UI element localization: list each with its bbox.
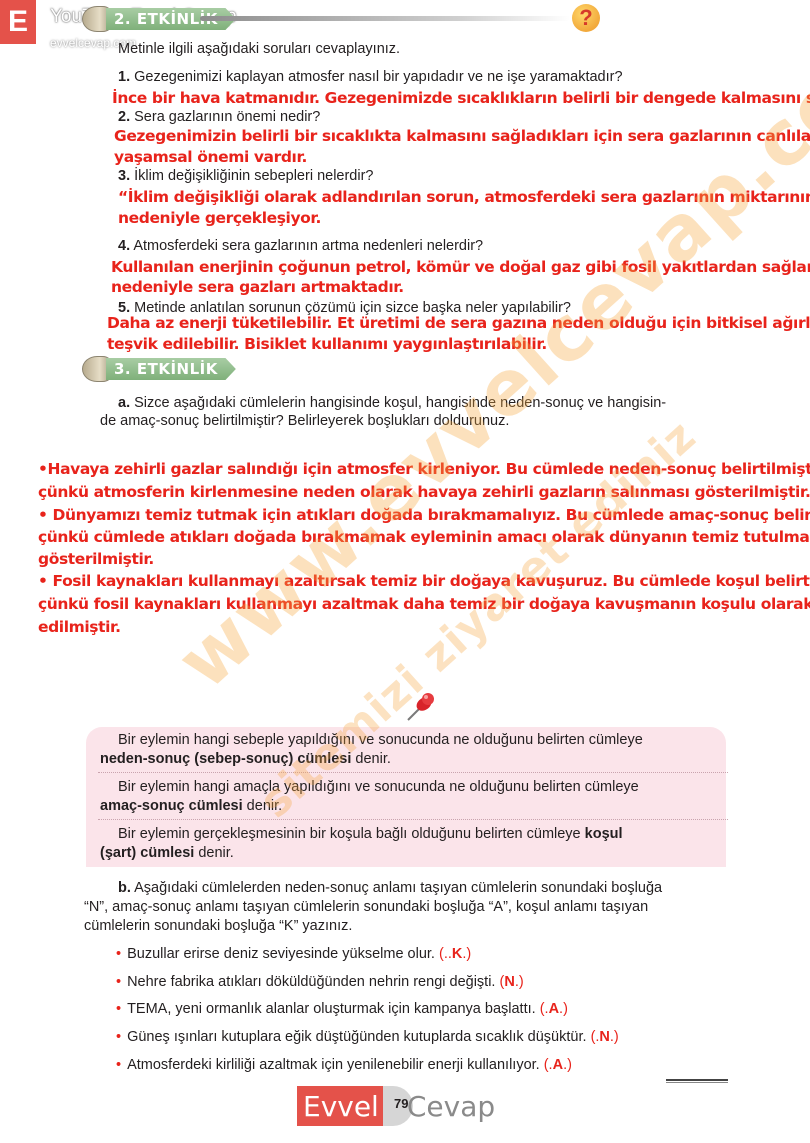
answer-2-line2: yaşamsal önemi vardır. [114,147,307,167]
part-a-answer-line2: çünkü atmosferin kirlenmesine neden olar… [38,481,810,503]
info-neden-sonuc-line1: Bir eylemin hangi sebeple yapıldığını ve… [118,731,712,750]
info-amac-sonuc-line2: amaç-sonuç cümlesi denir. [100,797,282,816]
part-a-answer-line5: gösterilmiştir. [38,548,154,570]
pushpin-icon [400,690,440,726]
answer-3-line2: nedeniyle gerçekleşiyor. [118,208,321,228]
answer-5-line1: Daha az enerji tüketilebilir. Et üretimi… [107,313,810,333]
logo-right-text: Cevap [407,1090,495,1123]
info-kosul-line2: (şart) cümlesi denir. [100,844,234,863]
activity3-label: 3. ETKİNLİK [106,358,236,380]
answer-2-line1: Gezegenimizin belirli bir sıcaklıkta kal… [114,126,810,146]
answer-4-line1: Kullanılan enerjinin çoğunun petrol, köm… [111,257,810,277]
info-amac-sonuc-line1: Bir eylemin hangi amaçla yapıldığını ve … [118,778,712,797]
info-divider [98,772,728,773]
part-b-line3: cümlelerin sonundaki boşluğa “K” yazınız… [84,917,352,935]
logo-left-text: Evvel [297,1086,385,1126]
answer-blank[interactable]: N [599,1029,609,1045]
part-a-answer-line6: • Fosil kaynakları kullanmayı azaltırsak… [38,570,810,592]
question-4: 4. Atmosferdeki sera gazlarının artma ne… [118,237,483,255]
answer-5-line2: teşvik edilebilir. Bisiklet kullanımı ya… [107,334,547,354]
question-1: 1. Gezegenimizi kaplayan atmosfer nasıl … [118,68,623,86]
info-divider [98,819,728,820]
item-4: •Güneş ışınları kutuplara eğik düştüğünd… [116,1028,619,1046]
activity3-banner: 3. ETKİNLİK [82,356,236,382]
question-mark-icon: ? [572,4,600,32]
part-a-answer-line4: çünkü cümlede atıkları doğada bırakmamak… [38,526,810,548]
part-a-answer-line7: çünkü fosil kaynakları kullanmayı azaltm… [38,593,810,615]
item-5: •Atmosferdeki kirliliği azaltmak için ye… [116,1056,572,1074]
corner-decoration [666,1079,728,1083]
part-a-answer-line3: • Dünyamızı temiz tutmak için atıkları d… [38,504,810,526]
question-3: 3. İklim değişikliğinin sebepleri nelerd… [118,167,374,185]
item-1: •Buzullar erirse deniz seviyesinde yükse… [116,945,471,963]
info-kosul-line1: Bir eylemin gerçekleşmesinin bir koşula … [118,825,718,844]
part-a-line2: de amaç-sonuç belirtilmiştir? Belirleyer… [100,412,509,430]
answer-blank[interactable]: K [452,946,462,962]
answer-blank[interactable]: A [553,1057,563,1073]
part-a-answer-line8: edilmiştir. [38,616,121,638]
answer-1: İnce bir hava katmanıdır. Gezegenimizde … [112,88,810,108]
page-number: 79 [394,1096,408,1111]
answer-4-line2: nedeniyle sera gazları artmaktadır. [111,277,404,297]
info-neden-sonuc-line2: neden-sonuç (sebep-sonuç) cümlesi denir. [100,750,391,769]
activity2-intro: Metinle ilgili aşağıdaki soruları cevapl… [118,40,400,58]
item-3: •TEMA, yeni ormanlık alanlar oluşturmak … [116,1000,568,1018]
answer-blank[interactable]: A [549,1001,559,1017]
answer-3-line1: “İklim değişikliği olarak adlandırılan s… [118,187,810,207]
part-a-answer-line1: •Havaya zehirli gazlar salındığı için at… [38,458,810,480]
part-b-line2: “N”, amaç-sonuç anlamı taşıyan cümleleri… [84,898,648,916]
part-b-line1: b. Aşağıdaki cümlelerden neden-sonuç anl… [118,879,662,897]
answer-blank[interactable]: N [504,974,514,990]
part-a-line1: a. Sizce aşağıdaki cümlelerin hangisinde… [118,394,666,412]
brand-logo-e: E [0,0,36,44]
banner-divider [200,16,570,21]
item-2: •Nehre fabrika atıkları döküldüğünden ne… [116,973,524,991]
question-2: 2. Sera gazlarının önemi nedir? [118,108,320,126]
